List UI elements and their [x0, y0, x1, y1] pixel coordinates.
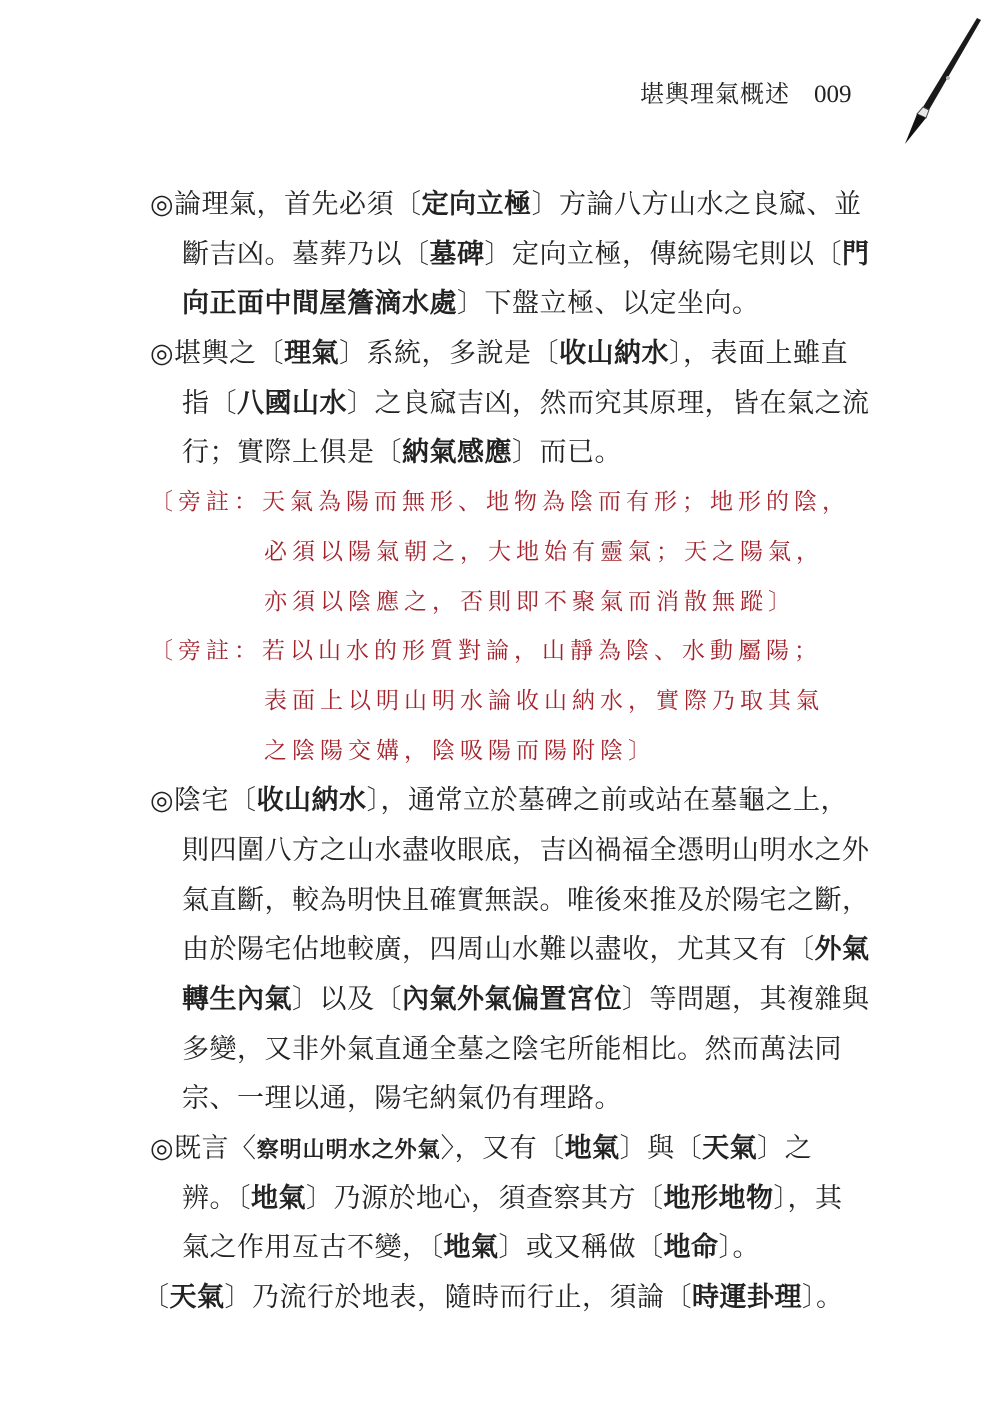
side-annotation-line: 〔旁註：天氣為陽而無形、地物為陰而有形；地形的陰，: [150, 478, 910, 528]
paragraph-line: 由於陽宅佔地較廣，四周山水難以盡收，尤其又有〔外氣: [150, 925, 910, 975]
paragraph-line: ◎堪輿之〔理氣〕系統，多說是〔收山納水〕，表面上雖直: [150, 329, 910, 379]
paragraph-line: 辨。〔地氣〕乃源於地心，須查察其方〔地形地物〕，其: [150, 1174, 910, 1224]
emphasis-term: 天氣: [170, 1282, 225, 1313]
text-run: 〕或又稱做〔: [499, 1232, 664, 1263]
emphasis-term: 定向立極: [422, 189, 532, 220]
text-run: 〕。: [719, 1232, 761, 1263]
calligraphy-brush-icon: [895, 14, 985, 146]
text-run: 〕方論八方山水之良窳、並: [532, 189, 862, 220]
emphasis-term: 地氣: [251, 1183, 306, 1214]
side-annotation-line: 之陰陽交媾，陰吸陽而陽附陰〕: [150, 727, 910, 777]
emphasis-term: 外氣: [815, 934, 870, 965]
text-run: ◎論理氣，首先必須〔: [150, 189, 422, 220]
paragraph-line: ◎論理氣，首先必須〔定向立極〕方論八方山水之良窳、並: [150, 180, 910, 230]
emphasis-term: 向正面中間屋簷滴水處: [182, 288, 457, 319]
emphasis-term: 八國山水: [237, 388, 347, 419]
text-run: 宗、一理以通，陽宅納氣仍有理路。: [182, 1083, 622, 1114]
paragraph-line: 轉生內氣〕以及〔內氣外氣偏置宮位〕等問題，其複雜與: [150, 975, 910, 1025]
text-run: 〕，通常立於墓碑之前或站在墓龜之上，: [367, 785, 849, 816]
text-run: 辨。〔: [182, 1183, 251, 1214]
emphasis-term: 時運卦理: [692, 1282, 802, 1313]
emphasis-term: 理氣: [284, 338, 339, 369]
paragraph-line: ◎陰宅〔收山納水〕，通常立於墓碑之前或站在墓龜之上，: [150, 776, 910, 826]
side-annotation-line: 必須以陽氣朝之，大地始有靈氣；天之陽氣，: [150, 528, 910, 578]
emphasis-term: 天氣: [702, 1133, 757, 1164]
running-header: 堪輿理氣概述 009: [640, 74, 852, 109]
text-run: 〕之: [757, 1133, 812, 1164]
text-run: 〕系統，多說是〔: [339, 338, 559, 369]
paragraph-line: 氣直斷，較為明快且確實無誤。唯後來推及於陽宅之斷，: [150, 876, 910, 926]
text-run: 〕，表面上雖直: [669, 338, 848, 369]
text-run: 〕以及〔: [292, 984, 402, 1015]
text-run: ◎堪輿之〔: [150, 338, 284, 369]
text-run: 〕等問題，其複雜與: [622, 984, 870, 1015]
text-run: 〕下盤立極、以定坐向。: [457, 288, 760, 319]
text-run: 行；實際上俱是〔: [182, 437, 402, 468]
paragraph-line: 指〔八國山水〕之良窳吉凶，然而究其原理，皆在氣之流: [150, 379, 910, 429]
paragraph-line: 則四圍八方之山水盡收眼底，吉凶禍福全憑明山明水之外: [150, 826, 910, 876]
text-run: 氣直斷，較為明快且確實無誤。唯後來推及於陽宅之斷，: [182, 885, 870, 916]
text-run: 〕之良窳吉凶，然而究其原理，皆在氣之流: [347, 388, 870, 419]
emphasis-term: 門: [842, 239, 870, 270]
text-run: 斷吉凶。墓葬乃以〔: [182, 239, 430, 270]
emphasis-term: 地形地物: [664, 1183, 774, 1214]
paragraph-line: 向正面中間屋簷滴水處〕下盤立極、以定坐向。: [150, 279, 910, 329]
text-run: 由於陽宅佔地較廣，四周山水難以盡收，尤其又有〔: [182, 934, 815, 965]
side-annotation-line: 〔旁註：若以山水的形質對論，山靜為陰、水動屬陽；: [150, 627, 910, 677]
text-run: 氣之作用亙古不變，〔: [182, 1232, 444, 1263]
text-run: 〉，又有〔: [441, 1133, 565, 1164]
text-run: 則四圍八方之山水盡收眼底，吉凶禍福全憑明山明水之外: [182, 835, 870, 866]
text-run: 〕乃流行於地表，隨時而行止，須論〔: [225, 1282, 693, 1313]
emphasis-term: 內氣外氣偏置宮位: [402, 984, 622, 1015]
text-run: 多變，又非外氣直通全墓之陰宅所能相比。然而萬法同: [182, 1034, 842, 1065]
emphasis-term: 收山納水: [257, 785, 367, 816]
text-run: 〕，其: [774, 1183, 843, 1214]
text-run: 〕與〔: [620, 1133, 703, 1164]
quoted-phrase: 察明山明水之外氣: [257, 1137, 441, 1163]
paragraph-line: 〔天氣〕乃流行於地表，隨時而行止，須論〔時運卦理〕。: [142, 1273, 910, 1323]
paragraph-line: 多變，又非外氣直通全墓之陰宅所能相比。然而萬法同: [150, 1025, 910, 1075]
text-run: 〕。: [802, 1282, 844, 1313]
text-run: ◎陰宅〔: [150, 785, 257, 816]
text-run: 指〔: [182, 388, 237, 419]
text-run: 〕而已。: [512, 437, 622, 468]
text-run: 〔: [142, 1282, 170, 1313]
emphasis-term: 地氣: [565, 1133, 620, 1164]
emphasis-term: 墓碑: [430, 239, 485, 270]
paragraph-line: 斷吉凶。墓葬乃以〔墓碑〕定向立極，傳統陽宅則以〔門: [150, 230, 910, 280]
emphasis-term: 收山納水: [559, 338, 669, 369]
page-body: ◎論理氣，首先必須〔定向立極〕方論八方山水之良窳、並斷吉凶。墓葬乃以〔墓碑〕定向…: [150, 180, 910, 1323]
paragraph-line: ◎既言〈察明山明水之外氣〉，又有〔地氣〕與〔天氣〕之: [150, 1124, 910, 1174]
paragraph-line: 宗、一理以通，陽宅納氣仍有理路。: [150, 1074, 910, 1124]
text-run: ◎既言〈: [150, 1133, 257, 1164]
text-run: 〕定向立極，傳統陽宅則以〔: [485, 239, 843, 270]
paragraph-line: 氣之作用亙古不變，〔地氣〕或又稱做〔地命〕。: [150, 1223, 910, 1273]
page-number: 009: [814, 81, 852, 109]
emphasis-term: 轉生內氣: [182, 984, 292, 1015]
emphasis-term: 納氣感應: [402, 437, 512, 468]
chapter-title: 堪輿理氣概述: [640, 74, 790, 109]
side-annotation-line: 亦須以陰應之，否則即不聚氣而消散無蹤〕: [150, 578, 910, 628]
emphasis-term: 地氣: [444, 1232, 499, 1263]
side-annotation-line: 表面上以明山明水論收山納水，實際乃取其氣: [150, 677, 910, 727]
emphasis-term: 地命: [664, 1232, 719, 1263]
paragraph-line: 行；實際上俱是〔納氣感應〕而已。: [150, 428, 910, 478]
text-run: 〕乃源於地心，須查察其方〔: [306, 1183, 664, 1214]
